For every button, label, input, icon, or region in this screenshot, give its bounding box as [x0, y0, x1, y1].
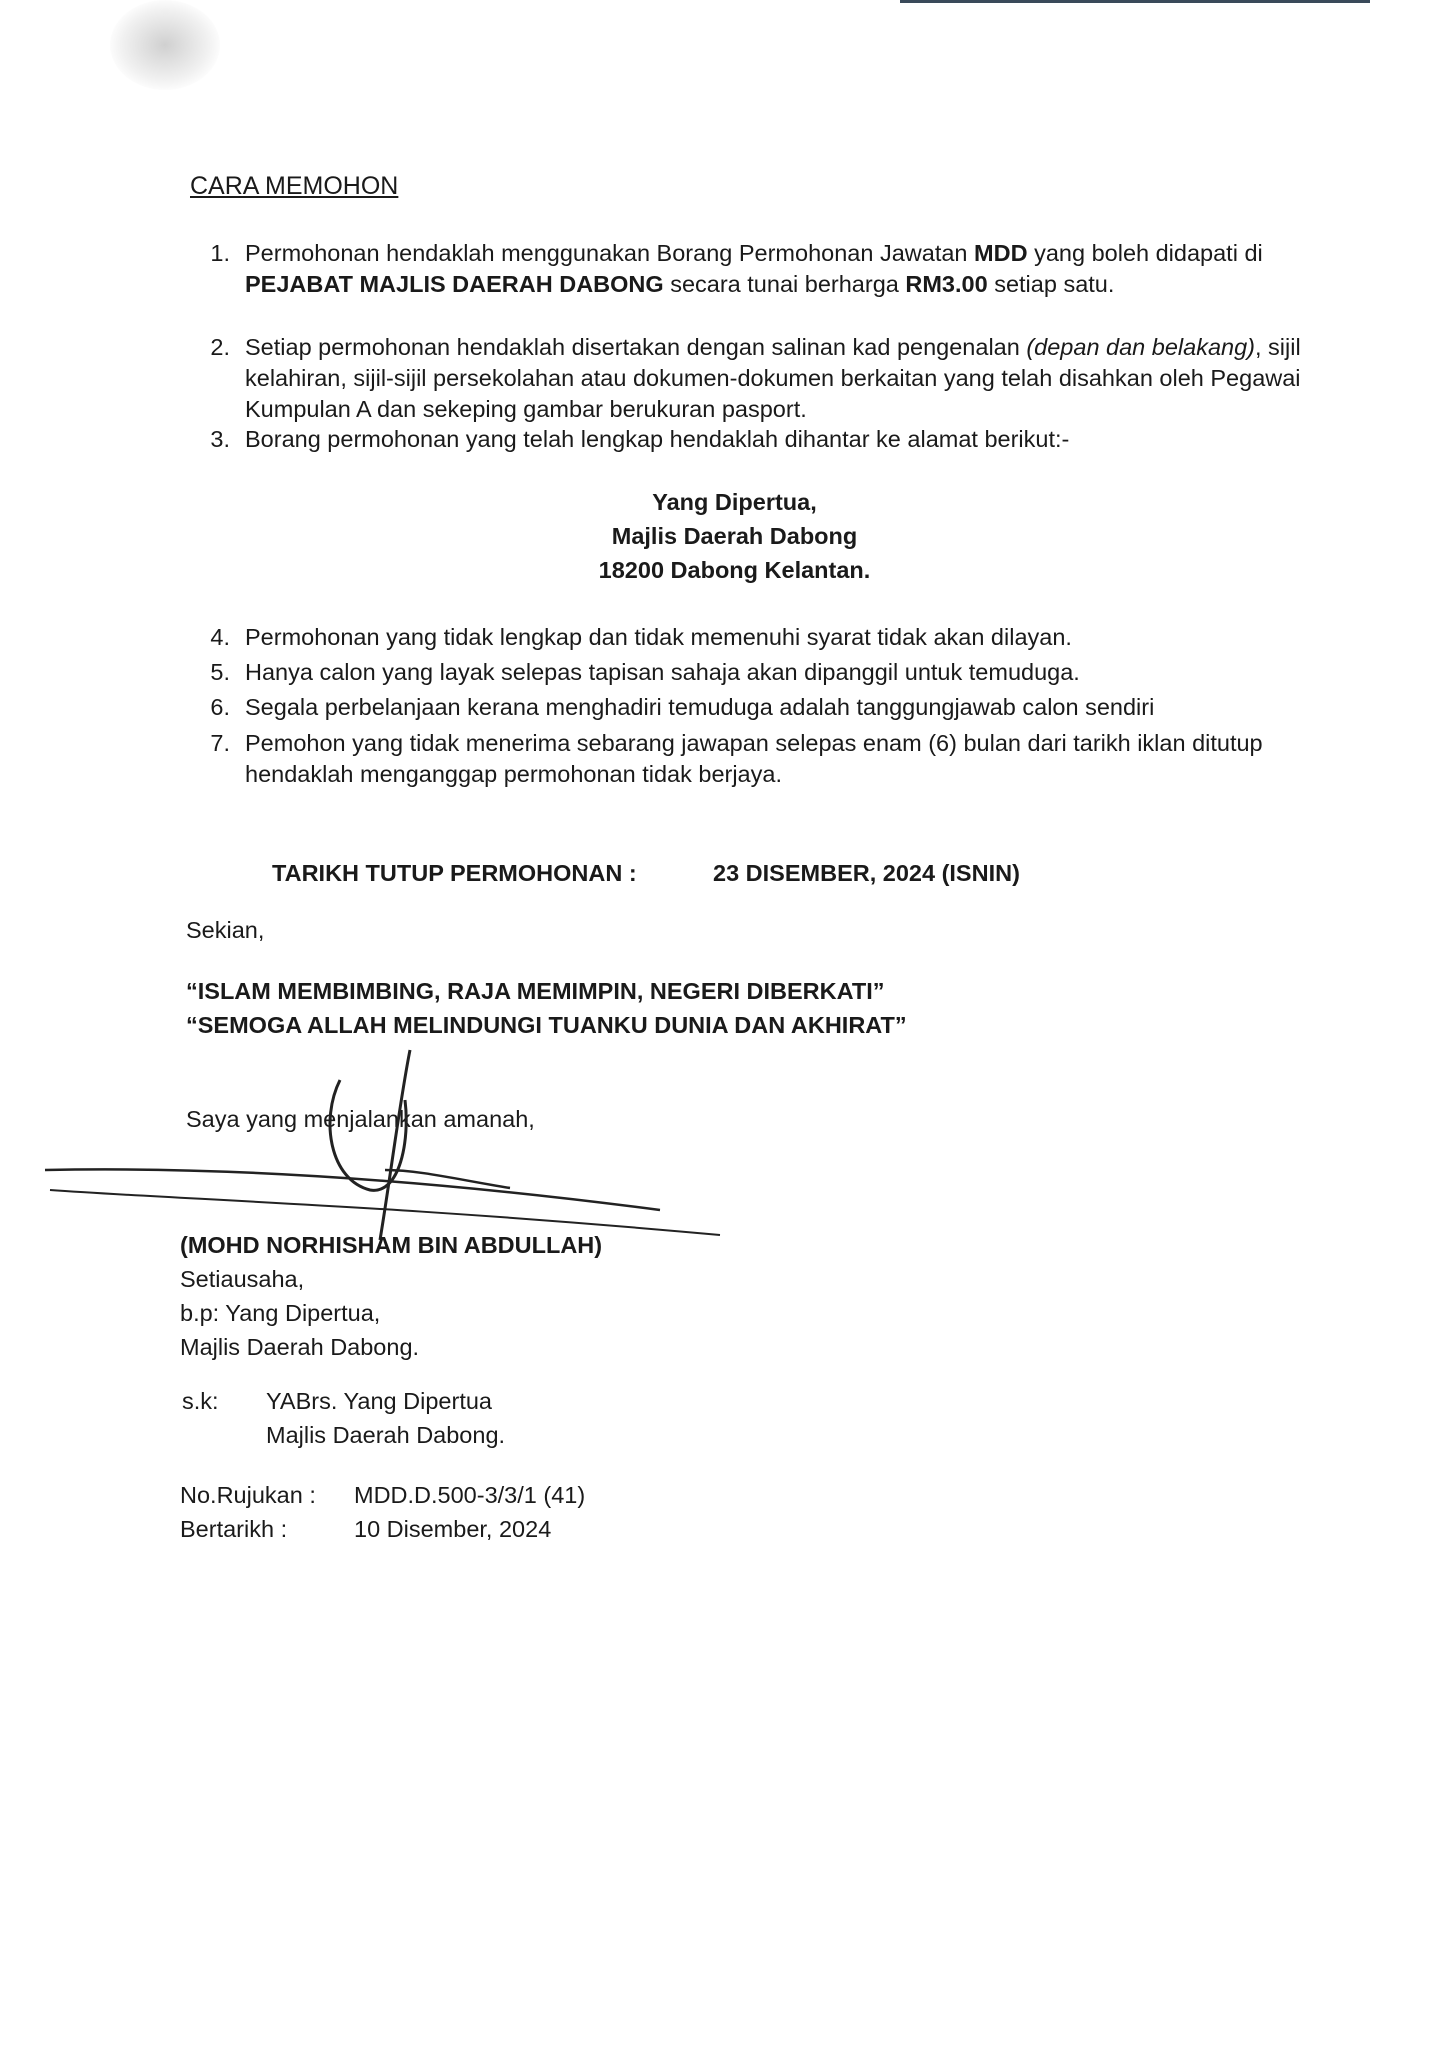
item-text: Borang permohonan yang telah lengkap hen…	[245, 424, 1305, 455]
closing-date-value: 23 DISEMBER, 2024 (ISNIN)	[713, 860, 1020, 887]
address-line: Majlis Daerah Dabong	[10, 518, 1449, 554]
section-heading: CARA MEMOHON	[190, 172, 398, 201]
motto-line: “SEMOGA ALLAH MELINDUNGI TUANKU DUNIA DA…	[186, 1012, 907, 1039]
sekian: Sekian,	[186, 917, 264, 944]
scan-smudge	[110, 0, 220, 90]
signatory-name: (MOHD NORHISHAM BIN ABDULLAH)	[180, 1232, 602, 1259]
dated-label: Bertarikh :	[180, 1516, 287, 1543]
signatory-bp: b.p: Yang Dipertua,	[180, 1300, 380, 1327]
sk-line: Majlis Daerah Dabong.	[266, 1422, 505, 1449]
scan-edge-line	[900, 0, 1370, 3]
reference-label: No.Rujukan :	[180, 1482, 316, 1509]
item-text: Setiap permohonan hendaklah disertakan d…	[245, 332, 1305, 425]
item-number: 3.	[190, 424, 230, 455]
address-line: 18200 Dabong Kelantan.	[10, 552, 1449, 588]
item-text: Permohonan hendaklah menggunakan Borang …	[245, 238, 1305, 300]
sk-line: YABrs. Yang Dipertua	[266, 1388, 492, 1415]
sk-label: s.k:	[182, 1388, 219, 1415]
reference-value: MDD.D.500-3/3/1 (41)	[354, 1482, 585, 1509]
signatory-title: Setiausaha,	[180, 1266, 304, 1293]
item-number: 1.	[190, 238, 230, 269]
signature-icon	[40, 1040, 740, 1260]
document-page: CARA MEMOHON 1. Permohonan hendaklah men…	[0, 0, 1449, 2048]
signatory-org: Majlis Daerah Dabong.	[180, 1334, 419, 1361]
item-number: 2.	[190, 332, 230, 363]
motto-line: “ISLAM MEMBIMBING, RAJA MEMIMPIN, NEGERI…	[186, 978, 884, 1005]
address-line: Yang Dipertua,	[10, 484, 1449, 520]
dated-value: 10 Disember, 2024	[354, 1516, 551, 1543]
closing-date-label: TARIKH TUTUP PERMOHONAN :	[272, 860, 637, 887]
